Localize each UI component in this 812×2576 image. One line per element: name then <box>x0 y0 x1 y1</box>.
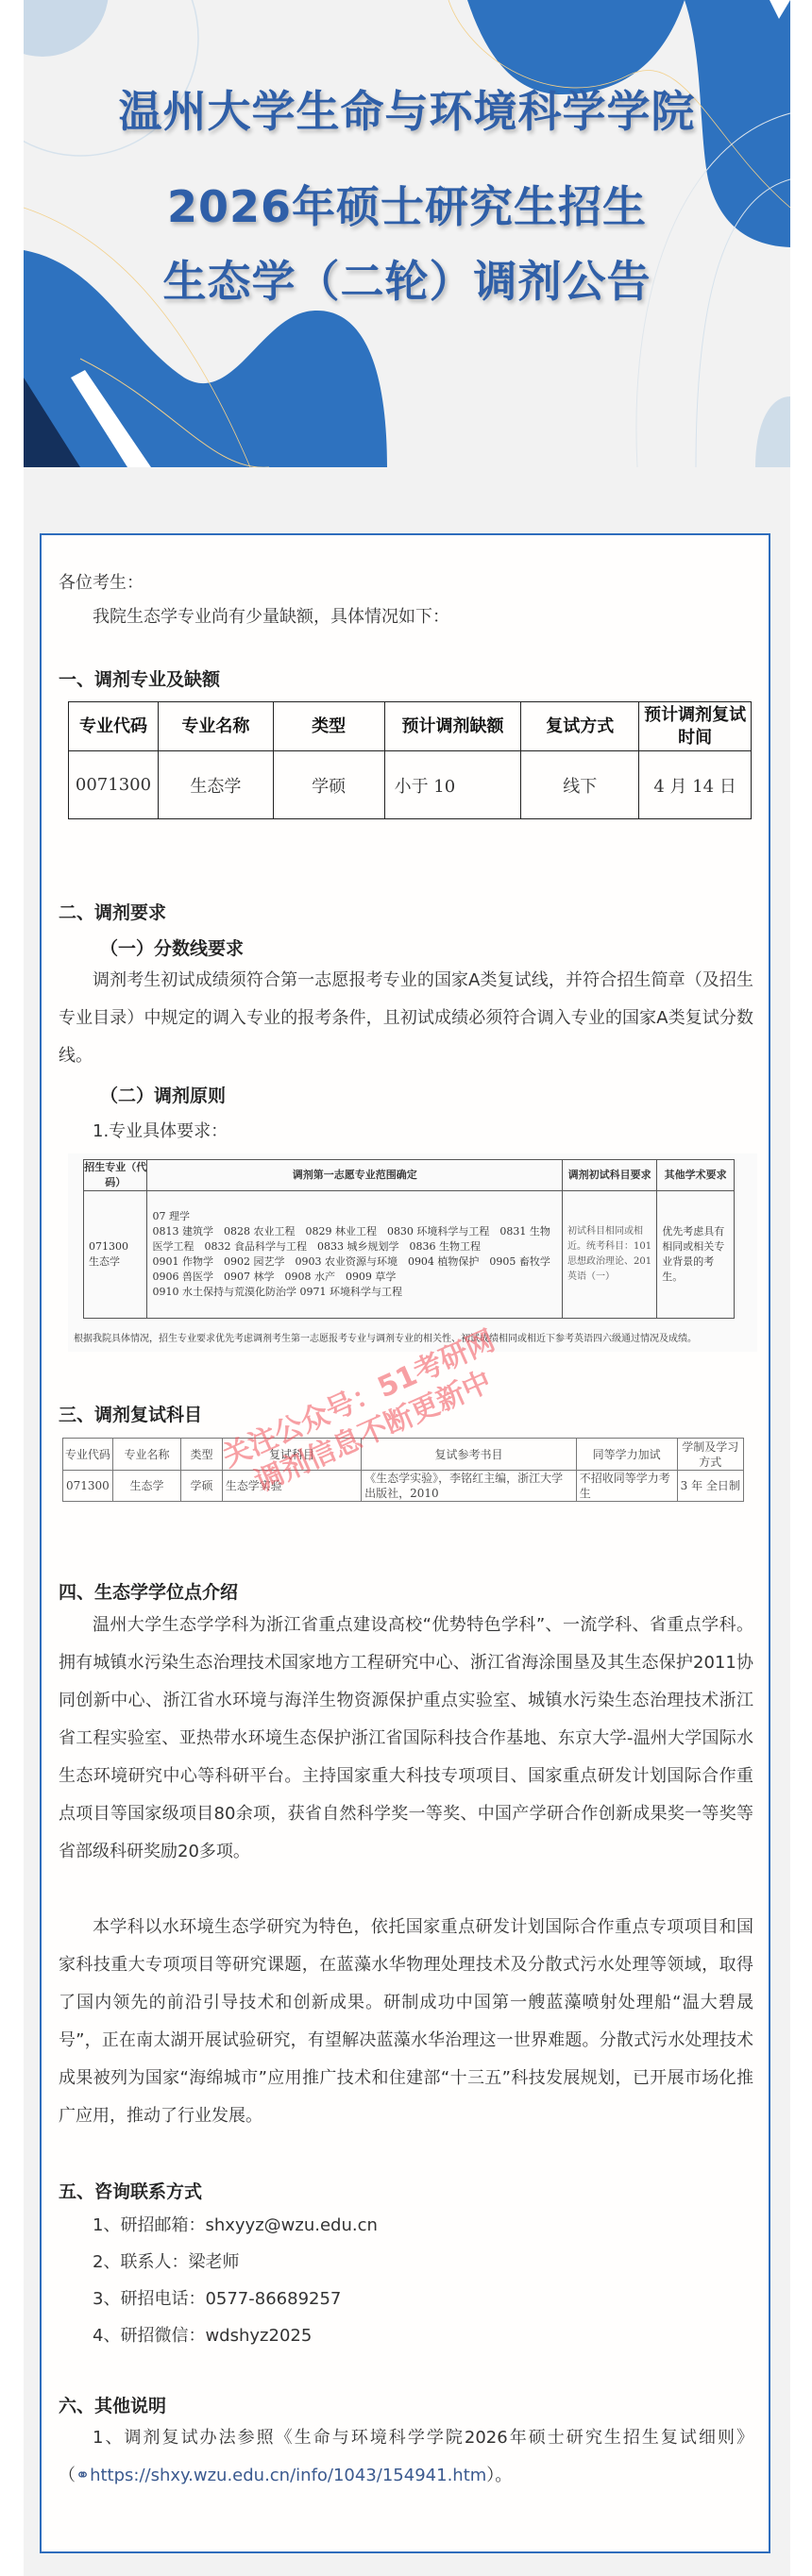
intro-text: 我院生态学专业尚有少量缺额，具体情况如下： <box>59 603 753 631</box>
section2-sub1-heading: （一）分数线要求 <box>100 934 244 960</box>
col-header: 学制及学习方式 <box>677 1439 743 1471</box>
cell-type: 学硕 <box>181 1471 223 1502</box>
requirement-table-image: 招生专业（代码） 调剂第一志愿专业范围确定 调剂初试科目要求 其他学术要求 07… <box>68 1153 757 1352</box>
cell-scope: 07 理学 0813 建筑学 0828 农业工程 0829 林业工程 0830 … <box>147 1191 563 1319</box>
contact-phone[interactable]: 3、研招电话：0577-86689257 <box>59 2285 753 2314</box>
contact-wechat: 4、研招微信：wdshyz2025 <box>59 2322 753 2350</box>
section5-heading: 五、咨询联系方式 <box>59 2178 202 2203</box>
banner-title-school: 温州大学生命与环境科学学院 <box>24 77 790 140</box>
col-header: 其他学术要求 <box>657 1160 735 1191</box>
cell-name: 生态学 <box>158 751 273 819</box>
scope-line: 0901 作物学 0902 园艺学 0903 农业资源与环境 0904 植物保护… <box>152 1254 557 1270</box>
cell-equivalent: 不招收同等学力考生 <box>576 1471 677 1502</box>
table-row: 071300 生态学 学硕 生态学实验 《生态学实验》，李铭红主编，浙江大学出版… <box>63 1471 744 1502</box>
note-text: ）。 <box>486 2466 512 2485</box>
section2-sub2-heading: （二）调剂原则 <box>100 1082 226 1107</box>
table-header-row: 招生专业（代码） 调剂第一志愿专业范围确定 调剂初试科目要求 其他学术要求 <box>84 1160 735 1191</box>
table-row: 071300 生态学 07 理学 0813 建筑学 0828 农业工程 0829… <box>84 1191 735 1319</box>
col-header: 类型 <box>273 702 384 751</box>
scope-line: 07 理学 <box>152 1209 557 1224</box>
cell-vacancy: 小于 10 <box>384 751 521 819</box>
cell-major: 071300 生态学 <box>84 1191 147 1319</box>
cell-method: 线下 <box>521 751 639 819</box>
col-header: 复试科目 <box>222 1439 361 1471</box>
link-icon: ⚭ <box>76 2466 90 2485</box>
table-header-row: 专业代码 专业名称 类型 复试科目 复试参考书目 同等学力加试 学制及学习方式 <box>63 1439 744 1471</box>
banner-title-year: 2026年硕士研究生招生 <box>24 173 790 235</box>
greeting: 各位考生： <box>59 569 753 598</box>
major-name: 生态学 <box>89 1254 142 1270</box>
col-header: 招生专业（代码） <box>84 1160 147 1191</box>
table-row: 0071300 生态学 学硕 小于 10 线下 4 月 14 日 <box>69 751 752 819</box>
table-header-row: 专业代码 专业名称 类型 预计调剂缺额 复试方式 预计调剂复试时间 <box>69 702 752 751</box>
cell-code: 0071300 <box>69 751 159 819</box>
section4-heading: 四、生态学学位点介绍 <box>59 1578 238 1604</box>
requirement-table: 招生专业（代码） 调剂第一志愿专业范围确定 调剂初试科目要求 其他学术要求 07… <box>83 1159 735 1319</box>
page-background: 温州大学生命与环境科学学院 2026年硕士研究生招生 生态学（二轮）调剂公告 各… <box>24 0 790 2576</box>
scope-line: 0906 兽医学 0907 林学 0908 水产 0909 草学 <box>152 1270 557 1285</box>
col-header: 复试方式 <box>521 702 639 751</box>
col-header: 复试参考书目 <box>362 1439 577 1471</box>
col-header: 预计调剂缺额 <box>384 702 521 751</box>
cell-books: 《生态学实验》，李铭红主编，浙江大学出版社，2010 <box>362 1471 577 1502</box>
section2-heading: 二、调剂要求 <box>59 899 166 924</box>
col-header: 调剂第一志愿专业范围确定 <box>147 1160 563 1191</box>
cell-name: 生态学 <box>112 1471 180 1502</box>
section3-heading: 三、调剂复试科目 <box>59 1401 202 1426</box>
col-header: 专业代码 <box>63 1439 113 1471</box>
cell-duration: 3 年 全日制 <box>677 1471 743 1502</box>
major-requirement-label: 1.专业具体要求： <box>59 1118 753 1146</box>
retest-subjects-table: 专业代码 专业名称 类型 复试科目 复试参考书目 同等学力加试 学制及学习方式 … <box>62 1438 744 1502</box>
col-header: 预计调剂复试时间 <box>639 702 752 751</box>
scope-line: 0910 水土保持与荒漠化防治学 0971 环境科学与工程 <box>152 1285 557 1300</box>
contact-person: 2、联系人：梁老师 <box>59 2248 753 2277</box>
banner-title-notice: 生态学（二轮）调剂公告 <box>24 247 790 310</box>
other-note: 1、调剂复试办法参照《生命与环境科学学院2026年硕士研究生招生复试细则》（⚭h… <box>59 2419 753 2495</box>
notice-card: 各位考生： 我院生态学专业尚有少量缺额，具体情况如下： 一、调剂专业及缺额 专业… <box>40 533 770 2553</box>
section1-heading: 一、调剂专业及缺额 <box>59 665 220 691</box>
contact-email[interactable]: 1、研招邮箱：shxyyz@wzu.edu.cn <box>59 2212 753 2240</box>
scope-line: 0813 建筑学 0828 农业工程 0829 林业工程 0830 环境科学与工… <box>152 1224 557 1254</box>
requirement-note: 根据我院具体情况，招生专业要求优先考虑调剂考生第一志愿报考专业与调剂专业的相关性… <box>74 1330 697 1344</box>
col-header: 类型 <box>181 1439 223 1471</box>
col-header: 调剂初试科目要求 <box>563 1160 657 1191</box>
cell-subject: 生态学实验 <box>222 1471 361 1502</box>
intro-paragraph-2: 本学科以水环境生态学研究为特色，依托国家重点研发计划国际合作重点专项项目和国家科… <box>59 1909 753 2135</box>
cell-exam: 初试科目相同或相近。统考科目：101 思想政治理论、201 英语（一） <box>563 1191 657 1319</box>
col-header: 同等学力加试 <box>576 1439 677 1471</box>
col-header: 专业代码 <box>69 702 159 751</box>
cell-date: 4 月 14 日 <box>639 751 752 819</box>
col-header: 专业名称 <box>112 1439 180 1471</box>
score-requirement-text: 调剂考生初试成绩须符合第一志愿报考专业的国家A类复试线，并符合招生简章（及招生专… <box>59 962 753 1075</box>
vacancy-table: 专业代码 专业名称 类型 预计调剂缺额 复试方式 预计调剂复试时间 007130… <box>68 701 752 819</box>
cell-code: 071300 <box>63 1471 113 1502</box>
section6-heading: 六、其他说明 <box>59 2392 166 2417</box>
header-banner: 温州大学生命与环境科学学院 2026年硕士研究生招生 生态学（二轮）调剂公告 <box>24 0 790 467</box>
col-header: 专业名称 <box>158 702 273 751</box>
intro-paragraph-1: 温州大学生态学学科为浙江省重点建设高校“优势特色学科”、一流学科、省重点学科。拥… <box>59 1607 753 1871</box>
cell-other: 优先考虑具有相同或相关专业背景的考生。 <box>657 1191 735 1319</box>
rules-link[interactable]: https://shxy.wzu.edu.cn/info/1043/154941… <box>90 2466 486 2485</box>
cell-type: 学硕 <box>273 751 384 819</box>
major-code: 071300 <box>89 1239 142 1254</box>
